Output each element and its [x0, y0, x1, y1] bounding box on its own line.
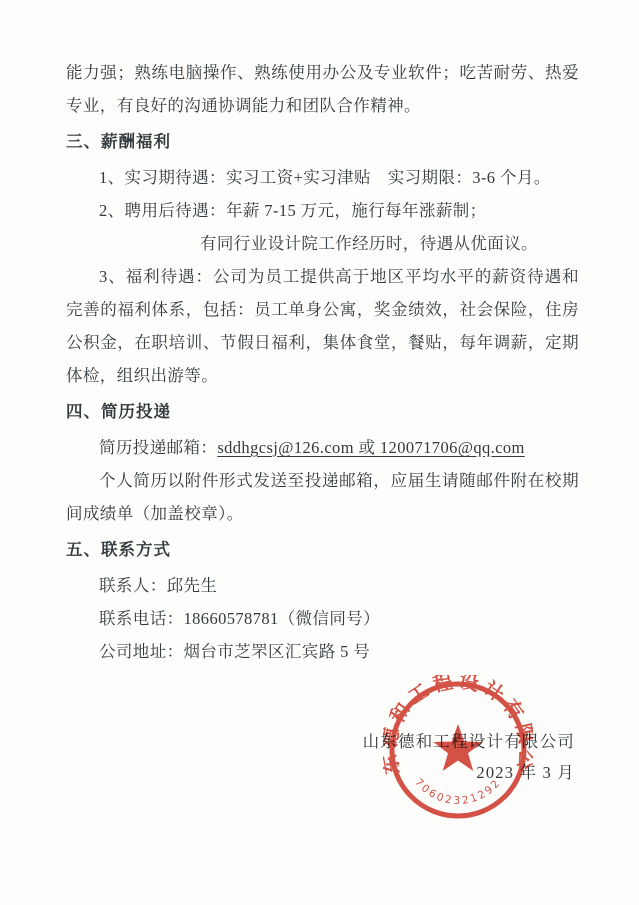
seal-star-icon — [433, 724, 482, 771]
salary-item-welfare: 3、福利待遇：公司为员工提供高于地区平均水平的薪资待遇和完善的福利体系，包括：员… — [66, 260, 579, 392]
resume-email-line: 简历投递邮箱：sddhgcsj@126.com 或 120071706@qq.c… — [66, 431, 579, 464]
contact-person-line: 联系人：邱先生 — [66, 569, 579, 602]
company-address-line: 公司地址：烟台市芝罘区汇宾路 5 号 — [66, 635, 579, 668]
company-seal-stamp: 山东德和工程设计有限公司 3706023212920 — [383, 675, 533, 825]
salary-item-experience-note: 有同行业设计院工作经历时，待遇从优面议。 — [66, 227, 579, 260]
section-heading-resume: 四、简历投递 — [66, 395, 579, 428]
contact-phone-line: 联系电话：18660578781（微信同号） — [66, 602, 579, 635]
intro-paragraph: 能力强；熟练电脑操作、熟练使用办公及专业软件；吃苦耐劳、热爱专业，有良好的沟通协… — [66, 56, 579, 122]
document-body: 能力强；熟练电脑操作、熟练使用办公及专业软件；吃苦耐劳、热爱专业，有良好的沟通协… — [66, 56, 579, 668]
section-heading-salary: 三、薪酬福利 — [66, 125, 579, 158]
resume-email-label: 简历投递邮箱： — [99, 438, 217, 457]
document-page: 能力强；熟练电脑操作、熟练使用办公及专业软件；吃苦耐劳、热爱专业，有良好的沟通协… — [0, 0, 639, 905]
salary-item-internship: 1、实习期待遇：实习工资+实习津贴 实习期限：3-6 个月。 — [66, 161, 579, 194]
resume-note: 个人简历以附件形式发送至投递邮箱，应届生请随邮件附在校期间成绩单（加盖校章）。 — [66, 464, 579, 530]
section-heading-contact: 五、联系方式 — [66, 533, 579, 566]
resume-email-addresses: sddhgcsj@126.com 或 120071706@qq.com — [217, 438, 524, 457]
salary-item-employment: 2、聘用后待遇：年薪 7-15 万元，施行每年涨薪制； — [66, 194, 579, 227]
